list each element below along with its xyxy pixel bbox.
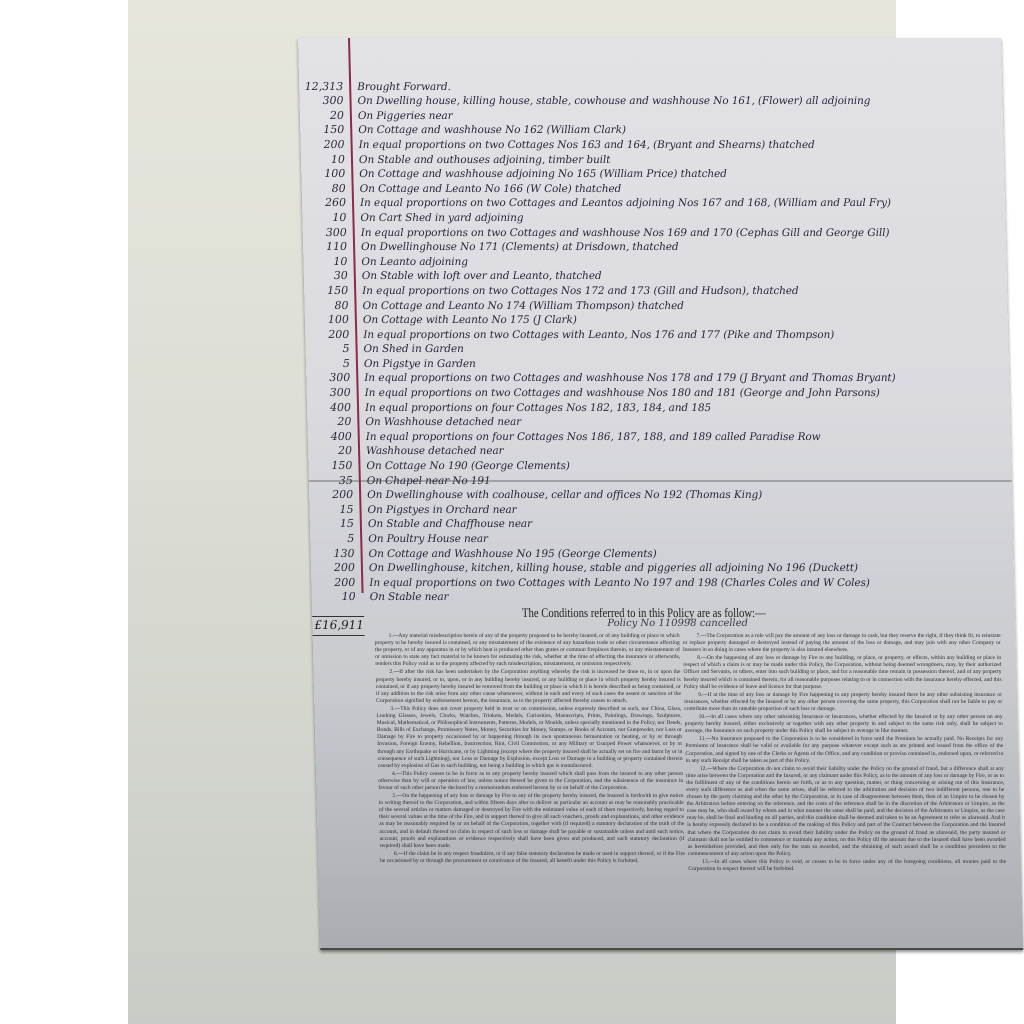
ledger-row: 400In equal proportions on four Cottages…: [308, 428, 1008, 443]
ledger-description: In equal proportions on two Cottages and…: [360, 197, 1002, 209]
ledger-amount: 150: [300, 123, 358, 136]
ledger-description: On Washhouse detached near: [365, 416, 1007, 428]
ledger-row: 100On Cottage with Leanto No 175 (J Clar…: [305, 312, 1005, 327]
condition-clause: 10.—In all cases where any other subsist…: [685, 714, 1004, 735]
ledger-row: 100On Cottage and washhouse adjoining No…: [301, 166, 1001, 181]
ledger-row: 30On Stable with loft over and Leanto, t…: [304, 268, 1004, 283]
ledger-row: 110On Dwellinghouse No 171 (Clements) at…: [303, 239, 1003, 254]
ledger-description: On Pigstye in Garden: [364, 358, 1006, 370]
ledger-amount: 200: [311, 561, 369, 574]
ledger-amount: 300: [307, 386, 365, 399]
ledger-amount: 200: [300, 138, 358, 151]
ledger-description: Brought Forward.: [357, 81, 999, 93]
ledger-row: 260In equal proportions on two Cottages …: [302, 195, 1002, 210]
ledger-row: 300In equal proportions on two Cottages …: [306, 384, 1006, 399]
cancelled-note: Policy No 110998 cancelled: [607, 618, 748, 629]
ledger-description: On Cottage and Leanto No 166 (W Cole) th…: [360, 183, 1002, 195]
ledger-description: In equal proportions on two Cottages Nos…: [358, 139, 1000, 151]
condition-clause: 11.—No Insurance proposed to the Corpora…: [685, 736, 1004, 764]
ledger-description: On Chapel near No 191: [367, 475, 1009, 487]
ledger-description: In equal proportions on two Cottages wit…: [363, 329, 1005, 341]
ledger-amount: 100: [301, 167, 359, 180]
conditions-right-column: 7.—The Corporation as a rule will pay th…: [683, 633, 1007, 874]
ledger-description: On Cottage No 190 (George Clements): [366, 460, 1008, 472]
policy-sheet: 12,313Brought Forward.300On Dwelling hou…: [298, 38, 1023, 950]
ledger-description: On Piggeries near: [358, 110, 1000, 122]
ledger-amount: 300: [306, 371, 364, 384]
ledger-description: In equal proportions on two Cottages and…: [364, 372, 1006, 384]
ledger-amount: 20: [308, 444, 366, 457]
ledger-amount: 5: [310, 532, 368, 545]
ledger-amount: 130: [310, 547, 368, 560]
condition-clause: 4.—This Policy ceases to be in force as …: [378, 771, 684, 792]
ledger-description: On Cottage and Leanto No 174 (William Th…: [362, 300, 1004, 312]
ledger-total: £16,911: [314, 618, 362, 632]
ledger-row: 5On Poultry House near: [310, 530, 1010, 545]
ledger-row: 15On Pigstyes in Orchard near: [309, 501, 1009, 516]
condition-clause: 9.—If at the time of any loss or damage …: [684, 692, 1003, 713]
ledger-row: 400In equal proportions on four Cottages…: [307, 399, 1007, 414]
ledger-amount: 200: [311, 576, 369, 589]
condition-clause: 3.—This Policy does not cover property h…: [376, 706, 683, 770]
ledger-amount: 20: [307, 415, 365, 428]
ledger-amount: 15: [310, 517, 368, 530]
condition-clause: 1.—Any material misdescription herein of…: [375, 633, 681, 668]
ledger-description: In equal proportions on two Cottages wit…: [369, 577, 1011, 589]
ledger-row: 80On Cottage and Leanto No 166 (W Cole) …: [301, 180, 1001, 195]
ledger-description: On Stable and outhouses adjoining, timbe…: [359, 154, 1001, 166]
ledger-description: In equal proportions on four Cottages No…: [365, 402, 1007, 414]
ledger-amount: 80: [304, 299, 362, 312]
ledger-description: In equal proportions on two Cottages and…: [361, 227, 1003, 239]
ledger-description: In equal proportions on two Cottages and…: [365, 387, 1007, 399]
condition-clause: 7.—The Corporation as a rule will pay th…: [683, 633, 1002, 654]
ledger-amount: 80: [302, 182, 360, 195]
ledger-row: 5On Pigstye in Garden: [306, 355, 1006, 370]
ledger-amount: 10: [311, 590, 369, 603]
condition-clause: 5.—On the happening of any loss or damag…: [378, 793, 684, 850]
ledger-row: 10On Stable near: [311, 589, 1011, 604]
ledger-row: 35On Chapel near No 191: [309, 472, 1009, 487]
ledger-amount: 10: [301, 153, 359, 166]
ledger-row: 200In equal proportions on two Cottages …: [300, 136, 1000, 151]
ledger-description: On Stable near: [370, 591, 1012, 603]
ledger-row: 15On Stable and Chaffhouse near: [310, 516, 1010, 531]
photo-background: 12,313Brought Forward.300On Dwelling hou…: [128, 0, 896, 1024]
ledger-row: 20Washhouse detached near: [308, 443, 1008, 458]
ledger-amount: 10: [303, 255, 361, 268]
ledger-row: 200In equal proportions on two Cottages …: [305, 326, 1005, 341]
ledger-description: In equal proportions on two Cottages Nos…: [362, 285, 1004, 297]
ledger-amount: 110: [303, 240, 361, 253]
ledger-entries: 12,313Brought Forward.300On Dwelling hou…: [299, 78, 1012, 603]
ledger-row: 10On Leanto adjoining: [303, 253, 1003, 268]
ledger-amount: 150: [308, 459, 366, 472]
ledger-row: 200On Dwellinghouse with coalhouse, cell…: [309, 487, 1009, 502]
ledger-row: 10On Cart Shed in yard adjoining: [302, 209, 1002, 224]
ledger-description: On Pigstyes in Orchard near: [367, 504, 1009, 516]
ledger-row: 300On Dwelling house, killing house, sta…: [299, 93, 999, 108]
ledger-description: On Stable and Chaffhouse near: [368, 518, 1010, 530]
ledger-row: 20On Washhouse detached near: [307, 414, 1007, 429]
ledger-row: 150On Cottage and washhouse No 162 (Will…: [300, 122, 1000, 137]
ledger-description: On Dwelling house, killing house, stable…: [357, 95, 999, 107]
ledger-row: 150On Cottage No 190 (George Clements): [308, 457, 1008, 472]
ledger-amount: 150: [304, 284, 362, 297]
ledger-description: On Shed in Garden: [363, 343, 1005, 355]
condition-clause: 2.—If after the risk has been undertaken…: [375, 669, 681, 704]
ledger-amount: 200: [305, 328, 363, 341]
ledger-amount: 15: [309, 503, 367, 516]
ledger-amount: 200: [309, 488, 367, 501]
ledger-amount: 5: [306, 357, 364, 370]
ledger-description: On Dwellinghouse No 171 (Clements) at Dr…: [361, 241, 1003, 253]
ledger-description: On Leanto adjoining: [361, 256, 1003, 268]
ledger-description: On Dwellinghouse, kitchen, killing house…: [369, 562, 1011, 574]
ledger-description: Washhouse detached near: [366, 445, 1008, 457]
ledger-description: On Poultry House near: [368, 533, 1010, 545]
ledger-description: On Stable with loft over and Leanto, tha…: [362, 270, 1004, 282]
condition-clause: 12.—Where the Corporation do not claim t…: [686, 766, 1006, 858]
ledger-amount: 260: [302, 196, 360, 209]
ledger-amount: 20: [300, 109, 358, 122]
ledger-description: On Cottage and washhouse adjoining No 16…: [359, 168, 1001, 180]
ledger-amount: 400: [308, 430, 366, 443]
ledger-amount: 100: [305, 313, 363, 326]
ledger-row: 150In equal proportions on two Cottages …: [304, 282, 1004, 297]
ledger-description: On Cottage and washhouse No 162 (William…: [358, 124, 1000, 136]
condition-clause: 8.—On the happening of any loss or damag…: [683, 655, 1002, 690]
ledger-row: 300In equal proportions on two Cottages …: [303, 224, 1003, 239]
ledger-description: On Cottage with Leanto No 175 (J Clark): [363, 314, 1005, 326]
ledger-row: 200In equal proportions on two Cottages …: [311, 574, 1011, 589]
ledger-amount: 10: [302, 211, 360, 224]
ledger-amount: 300: [303, 226, 361, 239]
ledger-amount: 5: [305, 342, 363, 355]
ledger-row: 12,313Brought Forward.: [299, 78, 999, 93]
ledger-row: 10On Stable and outhouses adjoining, tim…: [301, 151, 1001, 166]
ledger-description: In equal proportions on four Cottages No…: [366, 431, 1008, 443]
ledger-amount: 12,313: [299, 80, 357, 93]
ledger-amount: 30: [304, 269, 362, 282]
ledger-row: 300In equal proportions on two Cottages …: [306, 370, 1006, 385]
ledger-row: 5On Shed in Garden: [305, 341, 1005, 356]
condition-clause: 13.—In all cases where this Policy is vo…: [688, 859, 1006, 873]
ledger-description: On Cottage and Washhouse No 195 (George …: [368, 548, 1010, 560]
ledger-row: 130On Cottage and Washhouse No 195 (Geor…: [310, 545, 1010, 560]
ledger-row: 80On Cottage and Leanto No 174 (William …: [304, 297, 1004, 312]
ledger-description: On Cart Shed in yard adjoining: [360, 212, 1002, 224]
ledger-amount: 300: [299, 94, 357, 107]
ledger-row: 200On Dwellinghouse, kitchen, killing ho…: [311, 560, 1011, 575]
condition-clause: 6.—If the claim be in any respect fraudu…: [380, 851, 685, 865]
ledger-description: On Dwellinghouse with coalhouse, cellar …: [367, 489, 1009, 501]
conditions-left-column: 1.—Any material misdescription herein of…: [375, 633, 686, 866]
ledger-amount: 35: [309, 474, 367, 487]
ledger-amount: 400: [307, 401, 365, 414]
ledger-row: 20On Piggeries near: [300, 107, 1000, 122]
